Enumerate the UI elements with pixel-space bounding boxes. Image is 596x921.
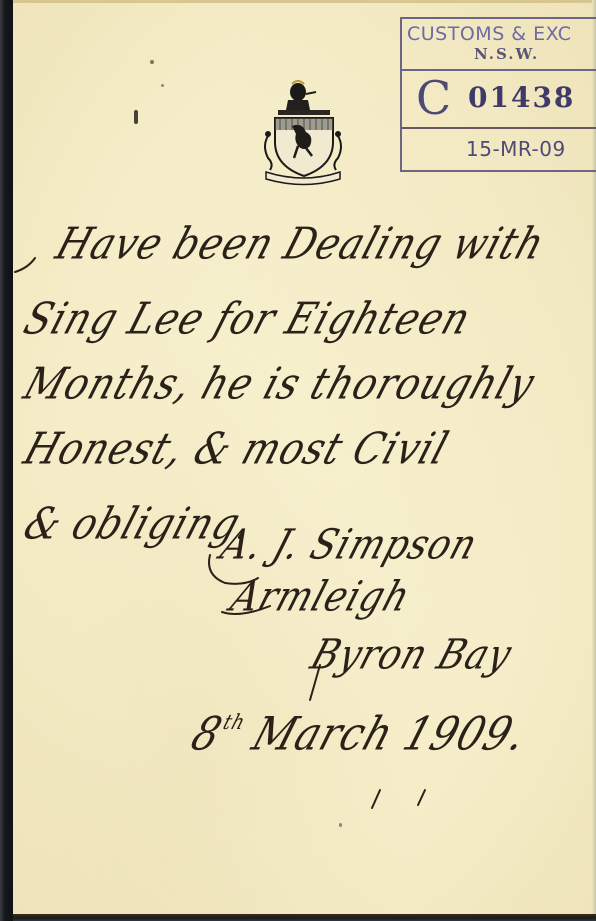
letter-line-4: Honest, & most Civil [18, 423, 455, 474]
letter-line-1: Have been Dealing with [50, 218, 551, 269]
signature-name: A. J. Simpson [215, 522, 483, 569]
stamp-state: N.S.W. [474, 45, 539, 63]
scanned-letter: CUSTOMS & EXC N.S.W. C 01438 15-MR-09 [0, 0, 596, 921]
signature-location: Byron Bay [305, 632, 518, 679]
stamp-date: 15-MR-09 [466, 137, 566, 161]
scan-bottom-edge [13, 914, 596, 921]
signature-place: Armleigh [225, 574, 416, 621]
letter-line-3: Months, he is thoroughly [18, 358, 541, 409]
customs-stamp: CUSTOMS & EXC N.S.W. C 01438 15-MR-09 [400, 17, 596, 172]
stamp-agency: CUSTOMS & EXC [407, 23, 572, 45]
ink-speck [150, 60, 154, 64]
stamp-header: CUSTOMS & EXC N.S.W. [402, 19, 596, 71]
stamp-number-row: C 01438 [402, 71, 596, 129]
stamp-series-letter: C [416, 71, 451, 125]
date-month-year: March 1909. [246, 708, 534, 761]
coat-of-arms-icon: · · · · · · [258, 80, 348, 186]
letter-date: 8th March 1909. [185, 708, 534, 761]
letter-line-2: Sing Lee for Eighteen [18, 293, 477, 344]
crest-motto: · · · · · · [294, 176, 312, 182]
ink-speck [134, 110, 138, 124]
ink-speck [161, 84, 164, 87]
stamp-date-row: 15-MR-09 [402, 129, 596, 172]
scan-left-edge [0, 0, 13, 921]
ink-speck [339, 823, 342, 827]
paper-top-edge [13, 0, 596, 3]
stamp-number: 01438 [468, 81, 575, 114]
